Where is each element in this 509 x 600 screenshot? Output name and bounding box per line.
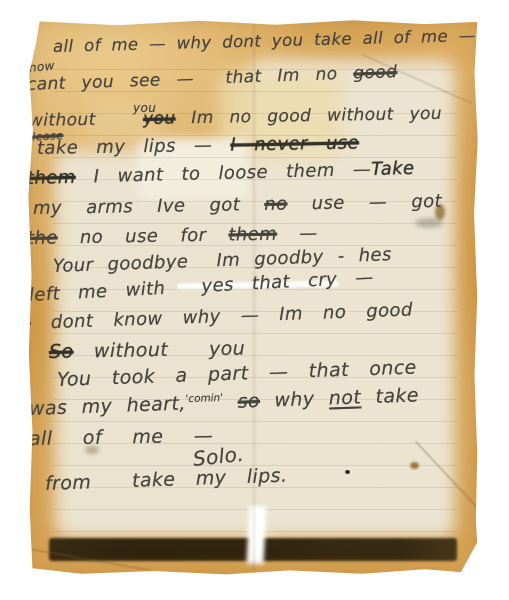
lyric-sheet-paper: all of me — why dont you take all of me …: [27, 18, 479, 576]
photo-background: all of me — why dont you take all of me …: [0, 0, 509, 600]
aged-edge-vignette: [27, 18, 479, 576]
